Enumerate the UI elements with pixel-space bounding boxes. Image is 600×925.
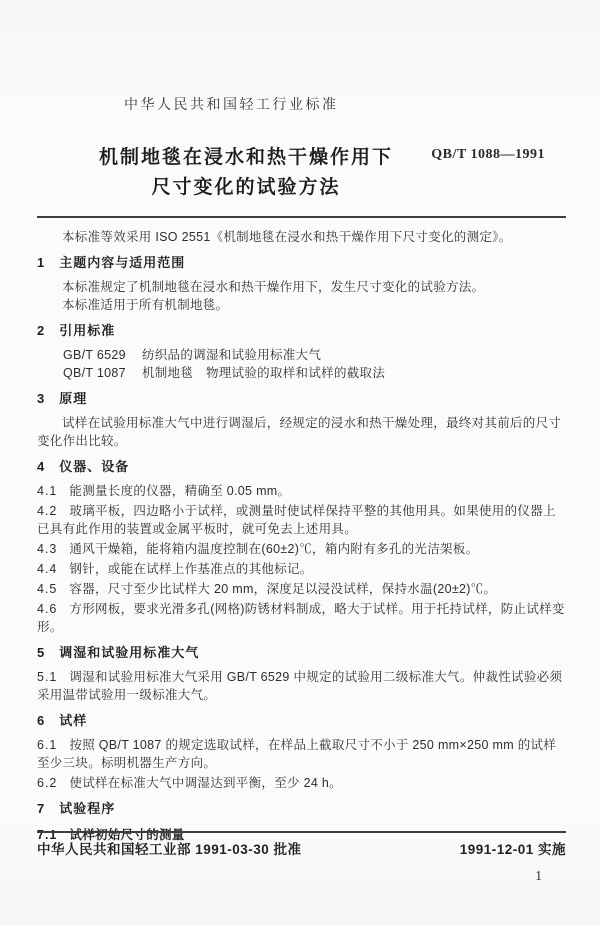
clause-text: 玻璃平板，四边略小于试样，或测量时使试样保持平整的其他用具。如果使用的仪器上已具…: [37, 504, 556, 536]
section-title: 仪器、设备: [59, 459, 129, 474]
section-title: 原理: [59, 391, 87, 406]
paragraph: 试样在试验用标准大气中进行调湿后，经规定的浸水和热干燥处理，最终对其前后的尺寸变…: [37, 414, 566, 450]
clause-number: 4.3: [37, 542, 57, 556]
section-heading-6: 6试样: [37, 712, 566, 730]
clause-number: 4.4: [37, 562, 57, 576]
footer: 中华人民共和国轻工业部 1991-03-30 批准 1991-12-01 实施: [37, 838, 566, 858]
section-number: 2: [37, 323, 45, 338]
clause-text: 方形网板，要求光滑多孔(网格)防锈材料制成，略大于试样。用于托持试样，防止试样变…: [37, 602, 565, 634]
clause-text: 能测量长度的仪器，精确至 0.05 mm。: [69, 484, 290, 498]
clause-text: 通风干燥箱，能将箱内温度控制在(60±2)℃，箱内附有多孔的光洁架板。: [69, 542, 478, 556]
clause: 4.6方形网板，要求光滑多孔(网格)防锈材料制成，略大于试样。用于托持试样，防止…: [37, 600, 566, 636]
clause: 4.4钢针，或能在试样上作基准点的其他标记。: [37, 560, 566, 578]
standard-document-page: 中华人民共和国轻工行业标准 机制地毯在浸水和热干燥作用下 尺寸变化的试验方法 Q…: [0, 0, 600, 925]
clause: 4.3通风干燥箱，能将箱内温度控制在(60±2)℃，箱内附有多孔的光洁架板。: [37, 540, 566, 558]
clause-number: 4.5: [37, 582, 57, 596]
section-number: 4: [37, 459, 45, 474]
clause: 6.1按照 QB/T 1087 的规定选取试样，在样品上截取尺寸不小于 250 …: [37, 736, 566, 772]
clause-text: 调湿和试验用标准大气采用 GB/T 6529 中规定的试验用二级标准大气。仲裁性…: [37, 670, 562, 702]
clause: 4.1能测量长度的仪器，精确至 0.05 mm。: [37, 482, 566, 500]
section-title: 主题内容与适用范围: [59, 255, 185, 270]
section-number: 3: [37, 391, 45, 406]
header-rule: [37, 216, 566, 218]
reference-number: GB/T 6529: [63, 348, 126, 362]
clause-number: 4.2: [37, 504, 57, 518]
reference-title: 纺织品的调湿和试验用标准大气: [142, 348, 321, 362]
section-heading-1: 1主题内容与适用范围: [37, 254, 566, 272]
section-title: 引用标准: [59, 323, 115, 338]
clause-text: 容器，尺寸至少比试样大 20 mm，深度足以浸没试样，保持水温(20±2)℃。: [69, 582, 496, 596]
section-number: 5: [37, 645, 45, 660]
section-heading-2: 2引用标准: [37, 322, 566, 340]
intro-paragraph: 本标准等效采用 ISO 2551《机制地毯在浸水和热干燥作用下尺寸变化的测定》。: [37, 228, 566, 246]
section-title: 调湿和试验用标准大气: [59, 645, 199, 660]
section-title: 试验程序: [59, 801, 115, 816]
clause-number: 6.2: [37, 776, 57, 790]
section-number: 6: [37, 713, 45, 728]
clause-number: 6.1: [37, 738, 57, 752]
page-number: 1: [535, 868, 542, 884]
clause: 4.2玻璃平板，四边略小于试样，或测量时使试样保持平整的其他用具。如果使用的仪器…: [37, 502, 566, 538]
section-heading-3: 3原理: [37, 390, 566, 408]
section-heading-7: 7试验程序: [37, 800, 566, 818]
reference-line: GB/T 6529纺织品的调湿和试验用标准大气: [37, 346, 566, 364]
reference-number: QB/T 1087: [63, 366, 126, 380]
section-heading-4: 4仪器、设备: [37, 458, 566, 476]
section-number: 7: [37, 801, 45, 816]
reference-title: 机制地毯 物理试验的取样和试样的截取法: [142, 366, 385, 380]
document-title-line1: 机制地毯在浸水和热干燥作用下: [40, 143, 452, 173]
clause-number: 4.1: [37, 484, 57, 498]
clause-number: 5.1: [37, 670, 57, 684]
section-heading-5: 5调湿和试验用标准大气: [37, 644, 566, 662]
standard-type-label: 中华人民共和国轻工行业标准: [124, 94, 339, 114]
document-title-line2: 尺寸变化的试验方法: [40, 173, 452, 203]
clause-text: 使试样在标准大气中调湿达到平衡，至少 24 h。: [69, 776, 342, 790]
clause-text: 钢针，或能在试样上作基准点的其他标记。: [69, 562, 312, 576]
section-title: 试样: [59, 713, 87, 728]
clause: 5.1调湿和试验用标准大气采用 GB/T 6529 中规定的试验用二级标准大气。…: [37, 668, 566, 704]
document-body: 本标准等效采用 ISO 2551《机制地毯在浸水和热干燥作用下尺寸变化的测定》。…: [37, 228, 566, 844]
clause-text: 按照 QB/T 1087 的规定选取试样，在样品上截取尺寸不小于 250 mm×…: [37, 738, 556, 770]
section-number: 1: [37, 255, 45, 270]
clause: 6.2使试样在标准大气中调湿达到平衡，至少 24 h。: [37, 774, 566, 792]
clause-number: 4.6: [37, 602, 57, 616]
approval-note: 中华人民共和国轻工业部 1991-03-30 批准: [37, 838, 302, 858]
paragraph: 本标准规定了机制地毯在浸水和热干燥作用下，发生尺寸变化的试验方法。: [37, 278, 566, 296]
footer-rule: [37, 831, 566, 833]
standard-number: QB/T 1088—1991: [431, 147, 545, 163]
document-title: 机制地毯在浸水和热干燥作用下 尺寸变化的试验方法: [40, 143, 452, 203]
reference-line: QB/T 1087机制地毯 物理试验的取样和试样的截取法: [37, 364, 566, 382]
clause: 4.5容器，尺寸至少比试样大 20 mm，深度足以浸没试样，保持水温(20±2)…: [37, 580, 566, 598]
paragraph: 本标准适用于所有机制地毯。: [37, 296, 566, 314]
implementation-note: 1991-12-01 实施: [460, 838, 566, 858]
